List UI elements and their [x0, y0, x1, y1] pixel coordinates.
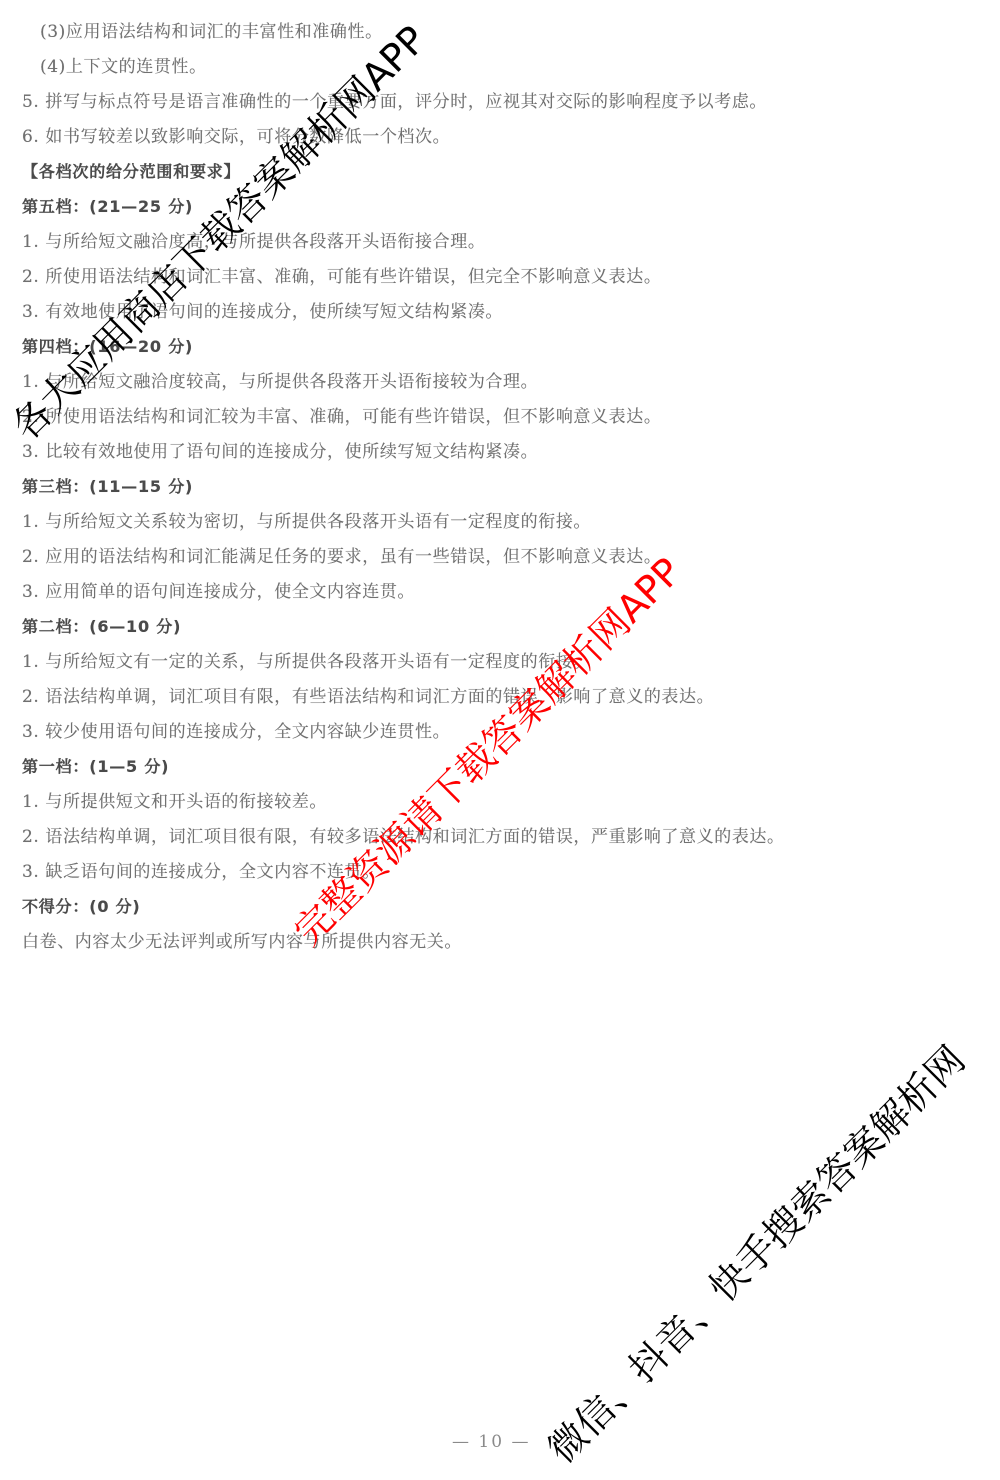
band-3-item-1: 1. 与所给短文关系较为密切，与所提供各段落开头语有一定程度的衔接。 [22, 507, 591, 537]
band-2-item-1: 1. 与所给短文有一定的关系，与所提供各段落开头语有一定程度的衔接。 [22, 647, 591, 677]
band-0-heading: 不得分：(0 分) [22, 892, 141, 922]
band-4-item-3: 3. 比较有效地使用了语句间的连接成分，使所续写短文结构紧凑。 [22, 437, 538, 467]
band-4-item-2: 2. 所使用语法结构和词汇较为丰富、准确，可能有些许错误，但不影响意义表达。 [22, 402, 661, 432]
band-3-item-2: 2. 应用的语法结构和词汇能满足任务的要求，虽有一些错误，但不影响意义表达。 [22, 542, 661, 572]
band-5-item-2: 2. 所使用语法结构和词汇丰富、准确，可能有些许错误，但完全不影响意义表达。 [22, 262, 661, 292]
criterion-3: (3)应用语法结构和词汇的丰富性和准确性。 [40, 17, 383, 47]
band-5-item-1: 1. 与所给短文融洽度高，与所提供各段落开头语衔接合理。 [22, 227, 485, 257]
band-5-item-3: 3. 有效地使用了语句间的连接成分，使所续写短文结构紧凑。 [22, 297, 503, 327]
section-heading-score-bands: 【各档次的给分范围和要求】 [22, 157, 240, 187]
band-4-heading: 第四档：(16—20 分) [22, 332, 193, 362]
band-1-item-3: 3. 缺乏语句间的连接成分，全文内容不连贯。 [22, 857, 380, 887]
page-number: — 10 — [452, 1432, 530, 1452]
band-2-item-3: 3. 较少使用语句间的连接成分，全文内容缺少连贯性。 [22, 717, 450, 747]
band-3-item-3: 3. 应用简单的语句间连接成分，使全文内容连贯。 [22, 577, 415, 607]
watermark-social-search: 微信、抖音、快手搜索答案解析网 [533, 1031, 975, 1473]
band-2-heading: 第二档：(6—10 分) [22, 612, 181, 642]
rule-6-handwriting: 6. 如书写较差以致影响交际，可将分数降低一个档次。 [22, 122, 450, 152]
rule-5-spelling: 5. 拼写与标点符号是语言准确性的一个重要方面，评分时，应视其对交际的影响程度予… [22, 87, 767, 117]
band-1-item-2: 2. 语法结构单调，词汇项目很有限，有较多语法结构和词汇方面的错误，严重影响了意… [22, 822, 785, 852]
criterion-4: (4)上下文的连贯性。 [40, 52, 207, 82]
band-5-heading: 第五档：(21—25 分) [22, 192, 193, 222]
band-4-item-1: 1. 与所给短文融洽度较高，与所提供各段落开头语衔接较为合理。 [22, 367, 538, 397]
band-1-heading: 第一档：(1—5 分) [22, 752, 169, 782]
band-0-item: 白卷、内容太少无法评判或所写内容与所提供内容无关。 [22, 927, 462, 957]
band-1-item-1: 1. 与所提供短文和开头语的衔接较差。 [22, 787, 327, 817]
band-2-item-2: 2. 语法结构单调，词汇项目有限，有些语法结构和词汇方面的错误，影响了意义的表达… [22, 682, 714, 712]
band-3-heading: 第三档：(11—15 分) [22, 472, 193, 502]
document-page: (3)应用语法结构和词汇的丰富性和准确性。 (4)上下文的连贯性。 5. 拼写与… [0, 0, 1000, 1480]
